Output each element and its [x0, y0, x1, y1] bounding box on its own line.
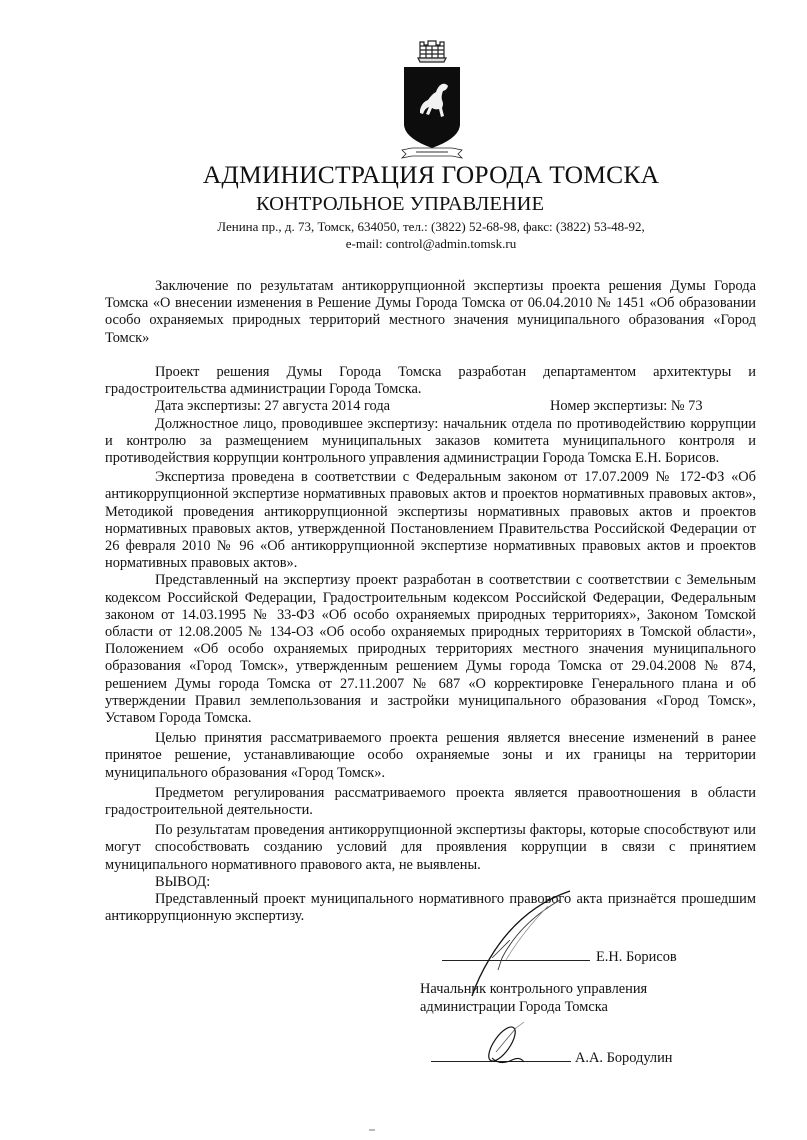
- purpose-paragraph: Целью принятия рассматриваемого проекта …: [105, 730, 756, 782]
- legal-grounds-paragraph: Представленный на экспертизу проект разр…: [105, 572, 756, 727]
- expertise-date: Дата экспертизы: 27 августа 2014 года: [155, 398, 390, 415]
- subject-paragraph: Заключение по результатам антикоррупцион…: [105, 278, 756, 347]
- main-body: Проект решения Думы Города Томска разраб…: [105, 364, 756, 925]
- conclusion-paragraph: Представленный проект муниципального нор…: [105, 891, 756, 925]
- motto-ribbon-icon: [402, 148, 462, 158]
- findings-paragraph: По результатам проведения антикоррупцион…: [105, 822, 756, 874]
- second-signer-name: А.А. Бородулин: [575, 1050, 672, 1067]
- regulation-subject-paragraph: Предметом регулирования рассматриваемого…: [105, 785, 756, 819]
- scan-artifact: [369, 1129, 375, 1131]
- expertise-number: Номер экспертизы: № 73: [550, 398, 703, 415]
- official-paragraph: Должностное лицо, проводившее экспертизу…: [105, 416, 756, 468]
- subject-block: Заключение по результатам антикоррупцион…: [105, 278, 756, 347]
- organization-title: АДМИНИСТРАЦИЯ ГОРОДА ТОМСКА: [0, 160, 807, 190]
- expertise-meta-row: Дата экспертизы: 27 августа 2014 года Но…: [105, 398, 756, 415]
- basis-paragraph: Экспертиза проведена в соответствии с Фе…: [105, 469, 756, 572]
- contact-info: Ленина пр., д. 73, Томск, 634050, тел.: …: [0, 218, 807, 252]
- crown-icon: [418, 41, 446, 62]
- signer-position-line-2: администрации Города Томска: [420, 999, 608, 1016]
- department-title: КОНТРОЛЬНОЕ УПРАВЛЕНИЕ: [0, 193, 800, 216]
- signer-position-line-1: Начальник контрольного управления: [420, 981, 647, 998]
- handwritten-signature-2-icon: [480, 1022, 560, 1072]
- city-coat-of-arms-icon: [398, 38, 466, 162]
- address-line: Ленина пр., д. 73, Томск, 634050, тел.: …: [0, 218, 807, 235]
- conclusion-heading: ВЫВОД:: [105, 874, 756, 891]
- email-line: e-mail: control@admin.tomsk.ru: [0, 235, 807, 252]
- developer-paragraph: Проект решения Думы Города Томска разраб…: [105, 364, 756, 398]
- first-signer-name: Е.Н. Борисов: [596, 949, 677, 966]
